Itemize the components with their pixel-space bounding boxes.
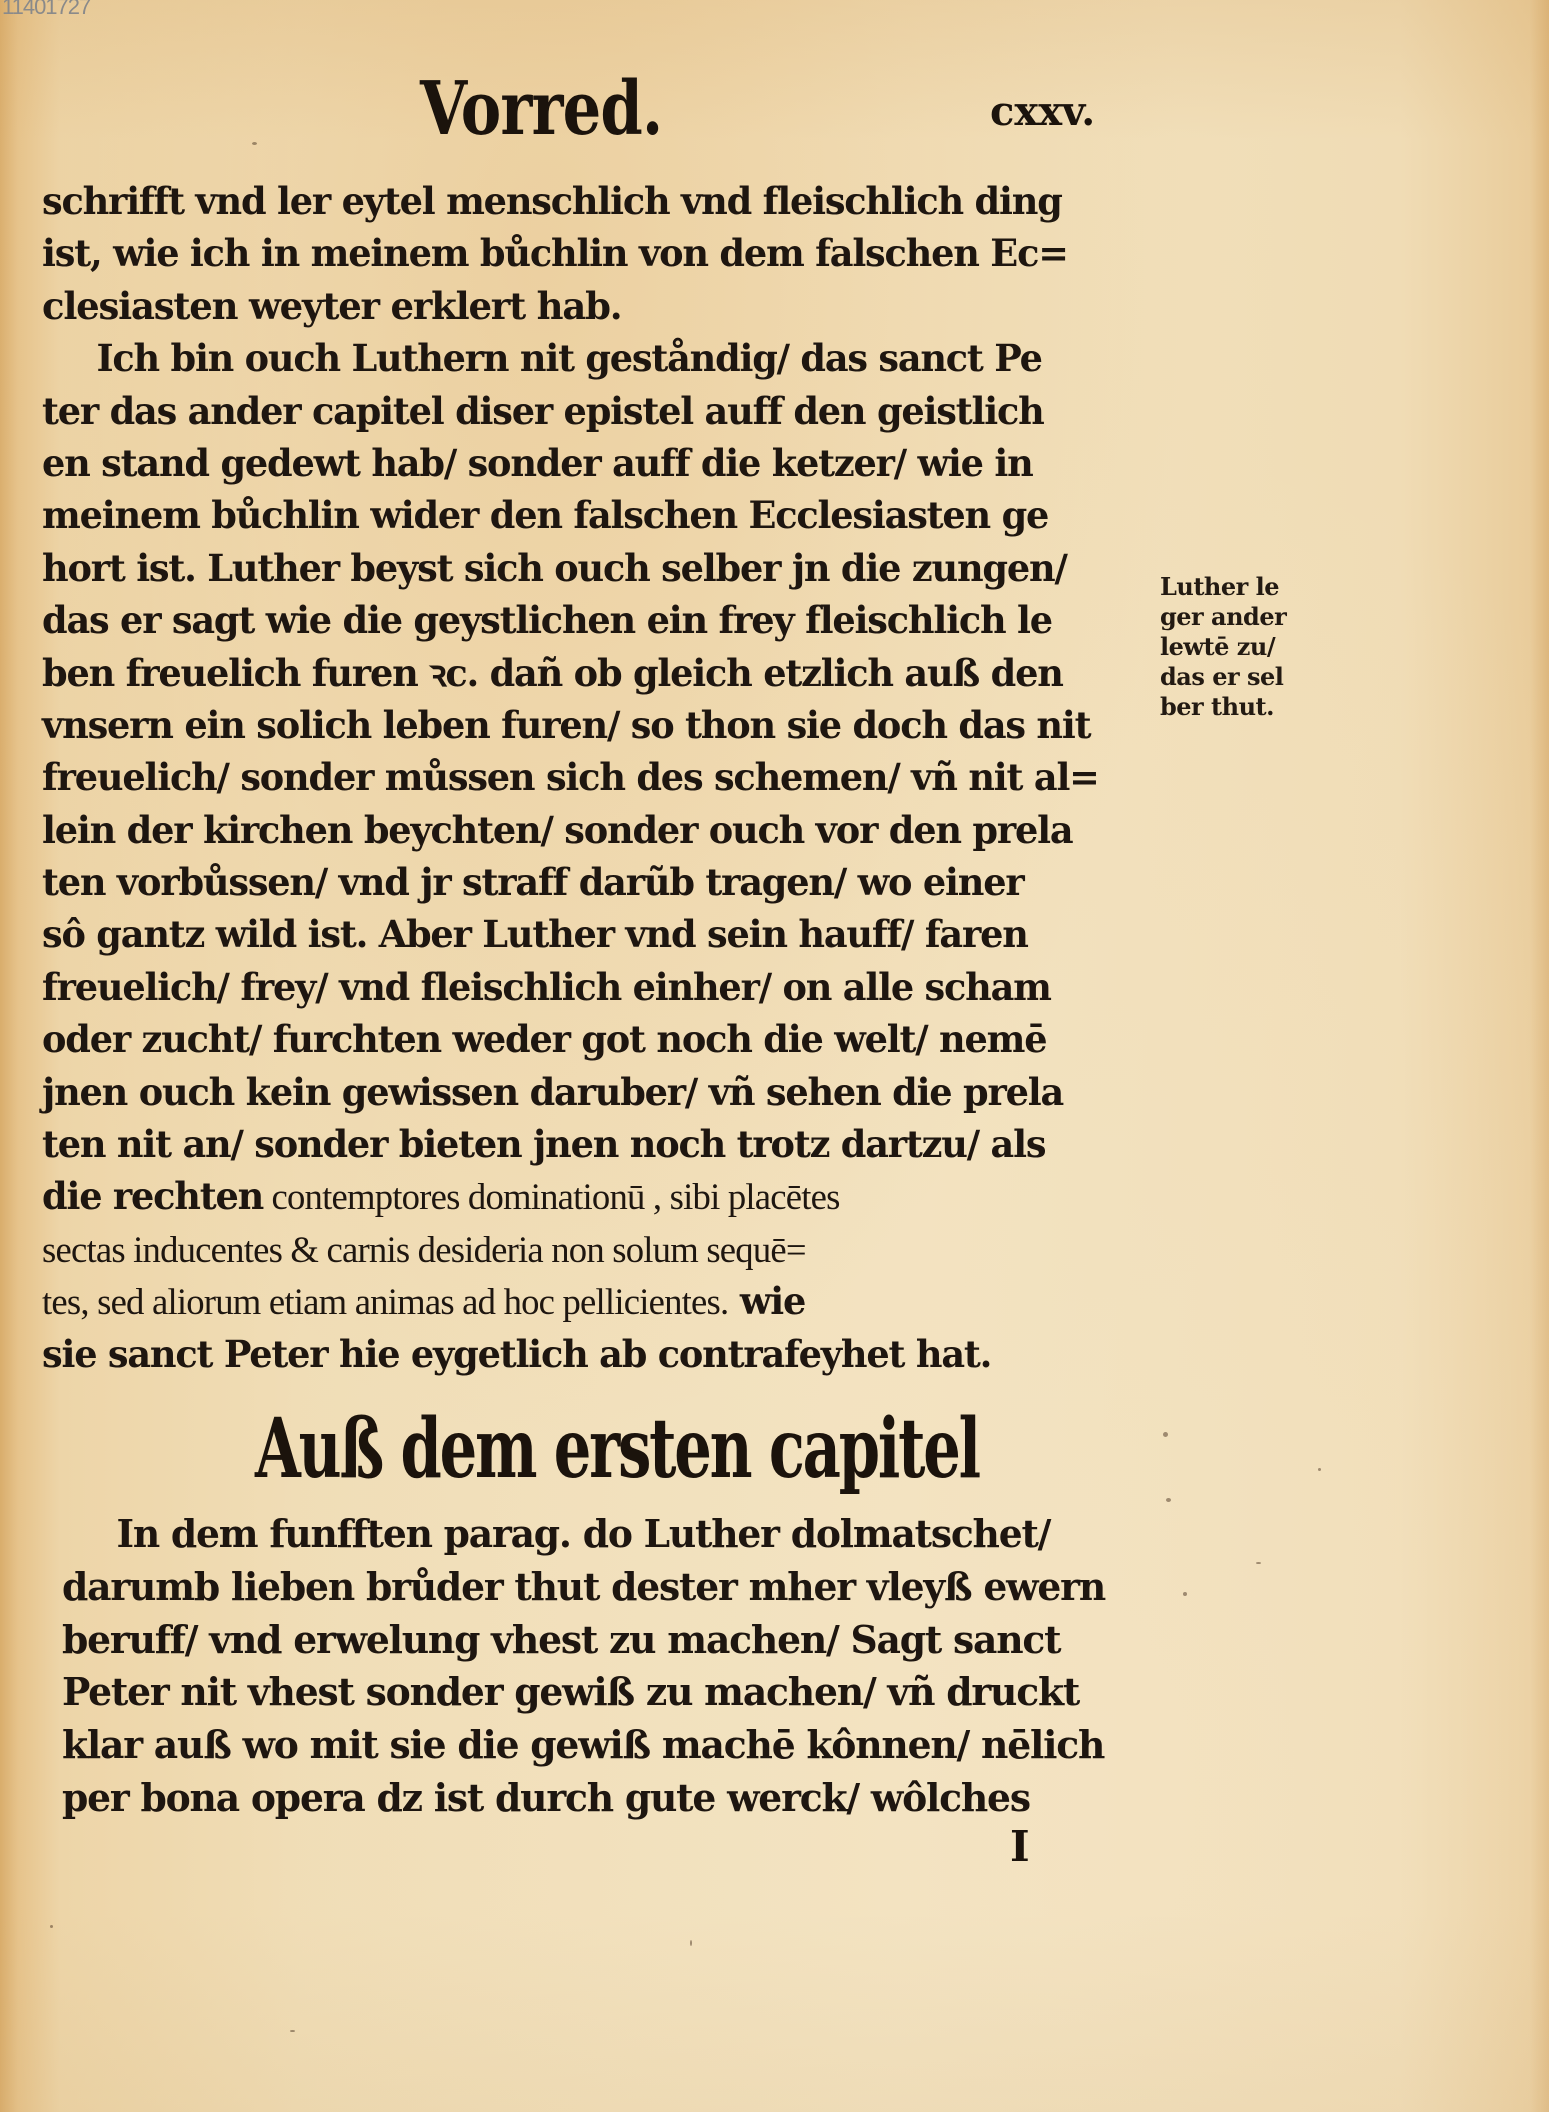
marginal-note-line: ber thut. <box>1160 692 1340 722</box>
latin-quotation: sectas inducentes & carnis desideria non… <box>42 1230 806 1271</box>
text-line: clesiasten weyter erklert hab. <box>42 280 1142 332</box>
section-body-text: In dem funfften parag. do Luther dolmats… <box>62 1508 1162 1825</box>
paper-speck <box>1163 1432 1168 1437</box>
text-line: ben freuelich furen ꝛc. dañ ob gleich et… <box>42 647 1132 699</box>
section-heading: Auß dem ersten capitel <box>255 1408 979 1490</box>
blackletter-span: wie <box>728 1279 805 1323</box>
text-line: ist, wie ich in meinem bůchlin von dem f… <box>42 227 1132 279</box>
paper-speck <box>50 1925 53 1928</box>
paper-speck <box>1256 1562 1261 1564</box>
text-line: ten nit an/ sonder bieten jnen noch trot… <box>42 1118 1132 1170</box>
paper-speck <box>290 2030 295 2032</box>
blackletter-span: die rechten <box>42 1174 263 1218</box>
catalog-id-stamp: 11401727 <box>2 0 90 20</box>
text-line: vnsern ein solich leben furen/ so thon s… <box>42 699 1132 751</box>
marginal-note-line: das er sel <box>1160 662 1340 692</box>
text-line: beruff/ vnd erwelung vhest zu machen/ Sa… <box>62 1614 1152 1667</box>
text-line: en stand gedewt hab/ sonder auff die ket… <box>42 437 1132 489</box>
paper-speck <box>690 1940 692 1946</box>
text-line: ten vorbůssen/ vnd jr straff darũb trage… <box>42 856 1132 908</box>
marginal-note-line: lewtē zu/ <box>1160 632 1340 662</box>
text-line: hort ist. Luther beyst sich ouch selber … <box>42 542 1132 594</box>
mixed-language-line: die rechten contemptores dominationū , s… <box>42 1170 1132 1222</box>
text-line: ter das ander capitel diser epistel auff… <box>42 385 1132 437</box>
text-line: klar auß wo mit sie die gewiß machē kônn… <box>62 1719 1152 1772</box>
text-line: per bona opera dz ist durch gute werck/ … <box>62 1772 1152 1825</box>
paper-speck <box>1318 1468 1321 1471</box>
text-line: darumb lieben brůder thut dester mher vl… <box>62 1561 1152 1614</box>
running-head: Vorred. <box>420 72 662 146</box>
text-line: das er sagt wie die geystlichen ein frey… <box>42 594 1132 646</box>
paragraph-start-line: Ich bin ouch Luthern nit geståndig/ das … <box>42 332 1131 384</box>
paper-speck <box>252 142 257 145</box>
text-line: sie sanct Peter hie eygetlich ab contraf… <box>42 1328 1132 1380</box>
text-line: sô gantz wild ist. Aber Luther vnd sein … <box>42 908 1132 960</box>
mixed-language-line: sectas inducentes & carnis desideria non… <box>42 1223 1132 1275</box>
text-line: meinem bůchlin wider den falschen Eccles… <box>42 489 1132 541</box>
folio-number: cxxv. <box>990 88 1095 135</box>
paragraph-start-line: In dem funfften parag. do Luther dolmats… <box>62 1508 1151 1561</box>
marginal-note-line: Luther le <box>1160 572 1340 602</box>
mixed-language-line: tes, sed aliorum etiam animas ad hoc pel… <box>42 1275 1132 1327</box>
paper-speck <box>1166 1498 1171 1502</box>
text-line: jnen ouch kein gewissen daruber/ vñ sehe… <box>42 1066 1132 1118</box>
text-line: lein der kirchen beychten/ sonder ouch v… <box>42 804 1132 856</box>
text-line: Peter nit vhest sonder gewiß zu machen/ … <box>62 1666 1152 1719</box>
latin-quotation: contemptores dominationū , sibi placētes <box>263 1177 839 1218</box>
text-line: oder zucht/ furchten weder got noch die … <box>42 1013 1132 1065</box>
latin-quotation: tes, sed aliorum etiam animas ad hoc pel… <box>42 1282 728 1323</box>
marginal-note: Luther le ger ander lewtē zu/ das er sel… <box>1160 572 1340 722</box>
text-line: freuelich/ frey/ vnd fleischlich einher/… <box>42 961 1132 1013</box>
marginal-note-line: ger ander <box>1160 602 1340 632</box>
text-line: freuelich/ sonder můssen sich des scheme… <box>42 751 1132 803</box>
body-text: schrifft vnd ler eytel menschlich vnd fl… <box>42 175 1142 1380</box>
paper-speck <box>1183 1592 1187 1596</box>
catchword-signature: I <box>1010 1822 1030 1871</box>
text-line: schrifft vnd ler eytel menschlich vnd fl… <box>42 175 1132 227</box>
